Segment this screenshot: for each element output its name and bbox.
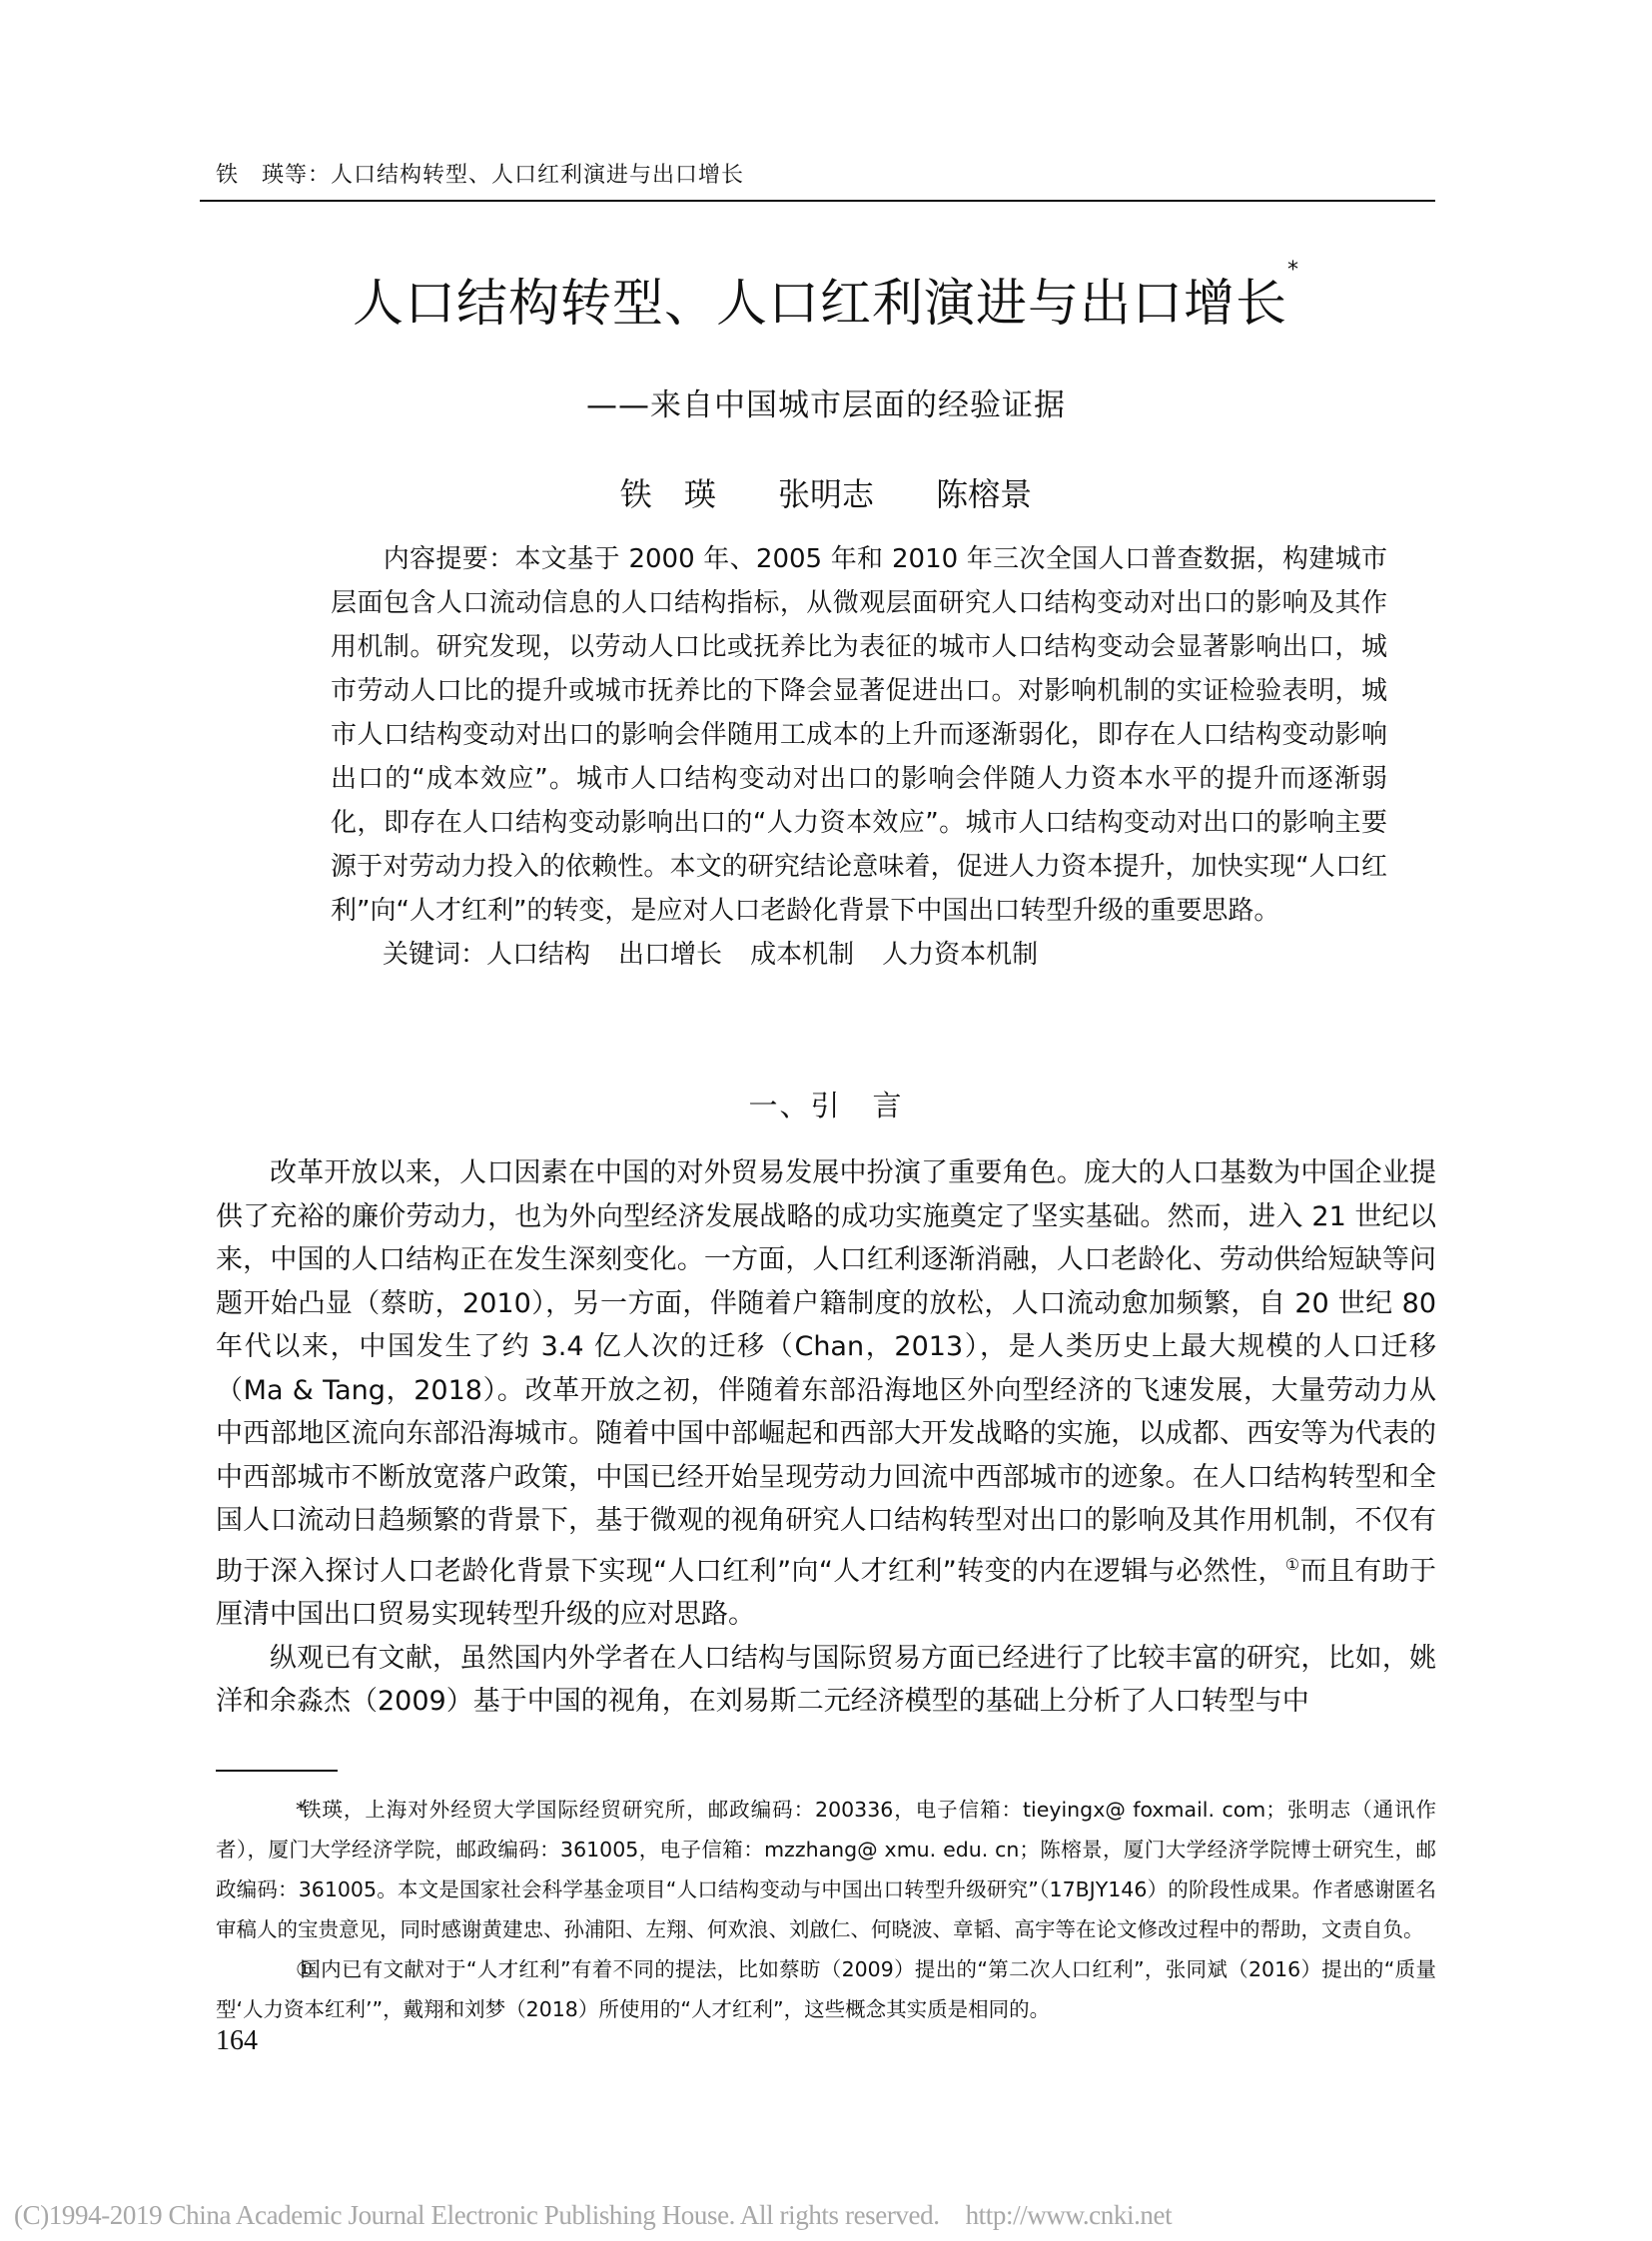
copyright-notice: (C)1994-2019 China Academic Journal Elec…	[14, 2200, 1172, 2231]
footnote-mark: *	[256, 1790, 300, 1830]
keyword: 人口结构	[486, 940, 590, 970]
keyword: 成本机制	[750, 940, 854, 970]
paragraph-text: 纵观已有文献，虽然国内外学者在人口结构与国际贸易方面已经进行了比较丰富的研究，比…	[216, 1643, 1436, 1718]
footnote-text: 国内已有文献对于“人才红利”有着不同的提法，比如蔡昉（2009）提出的“第二次人…	[216, 1957, 1436, 2021]
body-text: 改革开放以来，人口因素在中国的对外贸易发展中扮演了重要角色。庞大的人口基数为中国…	[216, 1151, 1436, 1724]
running-head: 铁 瑛等：人口结构转型、人口红利演进与出口增长	[200, 158, 1435, 189]
title-footnote-mark: *	[1287, 258, 1299, 283]
abstract: 内容提要：本文基于 2000 年、2005 年和 2010 年三次全国人口普查数…	[331, 537, 1387, 977]
footnote-text: 铁瑛，上海对外经贸大学国际经贸研究所，邮政编码：200336，电子信箱：tiey…	[216, 1798, 1436, 1941]
abstract-text: 本文基于 2000 年、2005 年和 2010 年三次全国人口普查数据，构建城…	[331, 544, 1387, 926]
paragraph-2: 纵观已有文献，虽然国内外学者在人口结构与国际贸易方面已经进行了比较丰富的研究，比…	[216, 1637, 1436, 1724]
page-number: 164	[216, 2025, 258, 2057]
keyword: 出口增长	[618, 940, 722, 970]
author-list: 铁 瑛 张明志 陈榕景	[216, 469, 1436, 515]
header-rule	[200, 200, 1435, 202]
article-title-text: 人口结构转型、人口红利演进与出口增长	[353, 275, 1287, 334]
abstract-paragraph: 内容提要：本文基于 2000 年、2005 年和 2010 年三次全国人口普查数…	[331, 537, 1387, 933]
paragraph-1: 改革开放以来，人口因素在中国的对外贸易发展中扮演了重要角色。庞大的人口基数为中国…	[216, 1151, 1436, 1637]
running-head-text: 铁 瑛等：人口结构转型、人口红利演进与出口增长	[216, 163, 744, 188]
footnote-ref-1[interactable]: ①	[1285, 1555, 1300, 1574]
keyword: 人力资本机制	[882, 940, 1038, 970]
copyright-text: (C)1994-2019 China Academic Journal Elec…	[14, 2200, 940, 2230]
keywords-label: 关键词：	[383, 940, 486, 970]
author-3: 陈榕景	[936, 475, 1032, 513]
paragraph-text: 改革开放以来，人口因素在中国的对外贸易发展中扮演了重要角色。庞大的人口基数为中国…	[216, 1157, 1436, 1587]
author-1: 铁 瑛	[620, 475, 716, 513]
article-subtitle: ——来自中国城市层面的经验证据	[216, 379, 1436, 424]
footnotes: *铁瑛，上海对外经贸大学国际经贸研究所，邮政编码：200336，电子信箱：tie…	[216, 1790, 1436, 2029]
footnote-mark: ①	[256, 1949, 300, 1989]
author-2: 张明志	[778, 475, 874, 513]
footnote-1: ①国内已有文献对于“人才红利”有着不同的提法，比如蔡昉（2009）提出的“第二次…	[216, 1949, 1436, 2029]
article-title: 人口结构转型、人口红利演进与出口增长*	[216, 262, 1436, 336]
keywords: 关键词：人口结构出口增长成本机制人力资本机制	[331, 933, 1387, 977]
section-heading: 一、引 言	[216, 1084, 1436, 1124]
footnote-author-info: *铁瑛，上海对外经贸大学国际经贸研究所，邮政编码：200336，电子信箱：tie…	[216, 1790, 1436, 1949]
footnote-rule	[216, 1770, 338, 1772]
cnki-link[interactable]: http://www.cnki.net	[966, 2200, 1173, 2230]
abstract-label: 内容提要：	[384, 544, 515, 574]
